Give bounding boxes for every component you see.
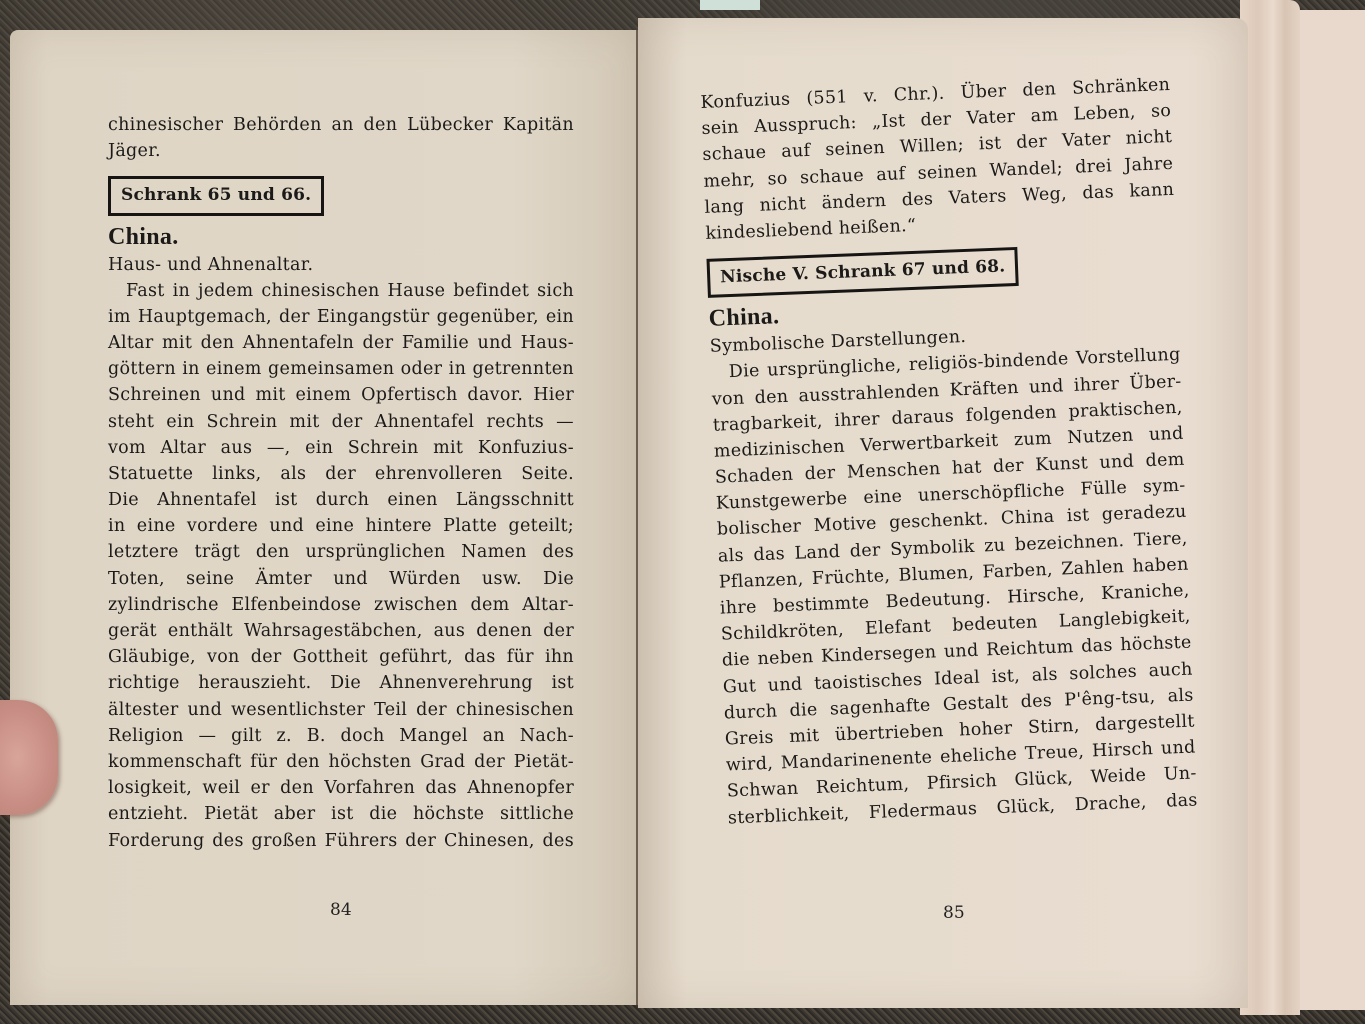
text-line: vom Altar aus —, ein Schrein mit Konfuzi… — [108, 435, 574, 461]
text-line: steht ein Schrein mit der Ahnentafel rec… — [108, 409, 574, 435]
text-line: Altar mit den Ahnentafeln der Familie un… — [108, 330, 574, 356]
text-line: Statuette links, als der ehrenvolleren S… — [108, 461, 574, 487]
right-page-text: Konfuzius (551 v. Chr.). Über den Schrän… — [700, 72, 1198, 831]
text-line: richtige herauszieht. Die Ahnenverehrung… — [108, 670, 574, 696]
text-line: Schreinen und mit einem Opfertisch davor… — [108, 382, 574, 408]
text-line: Die Ahnentafel ist durch einen Längsschn… — [108, 487, 574, 513]
text-line: Jäger. — [108, 138, 574, 164]
text-line: Religion — gilt z. B. doch Mangel an Nac… — [108, 723, 574, 749]
left-page-text: chinesischer Behörden an den Lübecker Ka… — [108, 112, 574, 854]
text-line: in eine vordere und eine hintere Platte … — [108, 513, 574, 539]
text-line: Fast in jedem chinesischen Hause befinde… — [108, 278, 574, 304]
section-box-label: Nische V. Schrank 67 und 68. — [706, 247, 1019, 298]
text-line: gerät enthält Wahrsagestäbchen, aus dene… — [108, 618, 574, 644]
text-line: ältester und wesentlichster Teil der chi… — [108, 697, 574, 723]
section-subheading: Haus- und Ahnenaltar. — [108, 252, 574, 278]
text-line: kommenschaft für den höchsten Grad der P… — [108, 749, 574, 775]
text-line: chinesischer Behörden an den Lübecker Ka… — [108, 112, 574, 138]
bookmark-slip — [700, 0, 760, 10]
text-line: im Hauptgemach, der Eingangstür gegenübe… — [108, 304, 574, 330]
left-page: chinesischer Behörden an den Lübecker Ka… — [10, 30, 638, 1005]
page-stack-edge — [1240, 0, 1300, 1015]
text-line: Toten, seine Ämter und Würden usw. Die — [108, 566, 574, 592]
text-line: losigkeit, weil er den Vorfahren das Ahn… — [108, 775, 574, 801]
section-heading: China. — [108, 222, 574, 252]
text-line: letztere trägt den ursprünglichen Namen … — [108, 539, 574, 565]
text-line: zylindrische Elfenbeindose zwischen dem … — [108, 592, 574, 618]
section-box-label: Schrank 65 und 66. — [108, 176, 324, 215]
page-number: 84 — [330, 900, 352, 920]
page-number: 85 — [943, 903, 965, 923]
text-line: Gläubige, von der Gottheit geführt, das … — [108, 644, 574, 670]
text-line: entzieht. Pietät aber ist die höchste si… — [108, 801, 574, 827]
right-page: Konfuzius (551 v. Chr.). Über den Schrän… — [638, 18, 1248, 1008]
text-line: göttern in einem gemeinsamen oder in get… — [108, 356, 574, 382]
holding-thumb — [0, 700, 58, 815]
text-line: Forderung des großen Führers der Chinese… — [108, 828, 574, 854]
